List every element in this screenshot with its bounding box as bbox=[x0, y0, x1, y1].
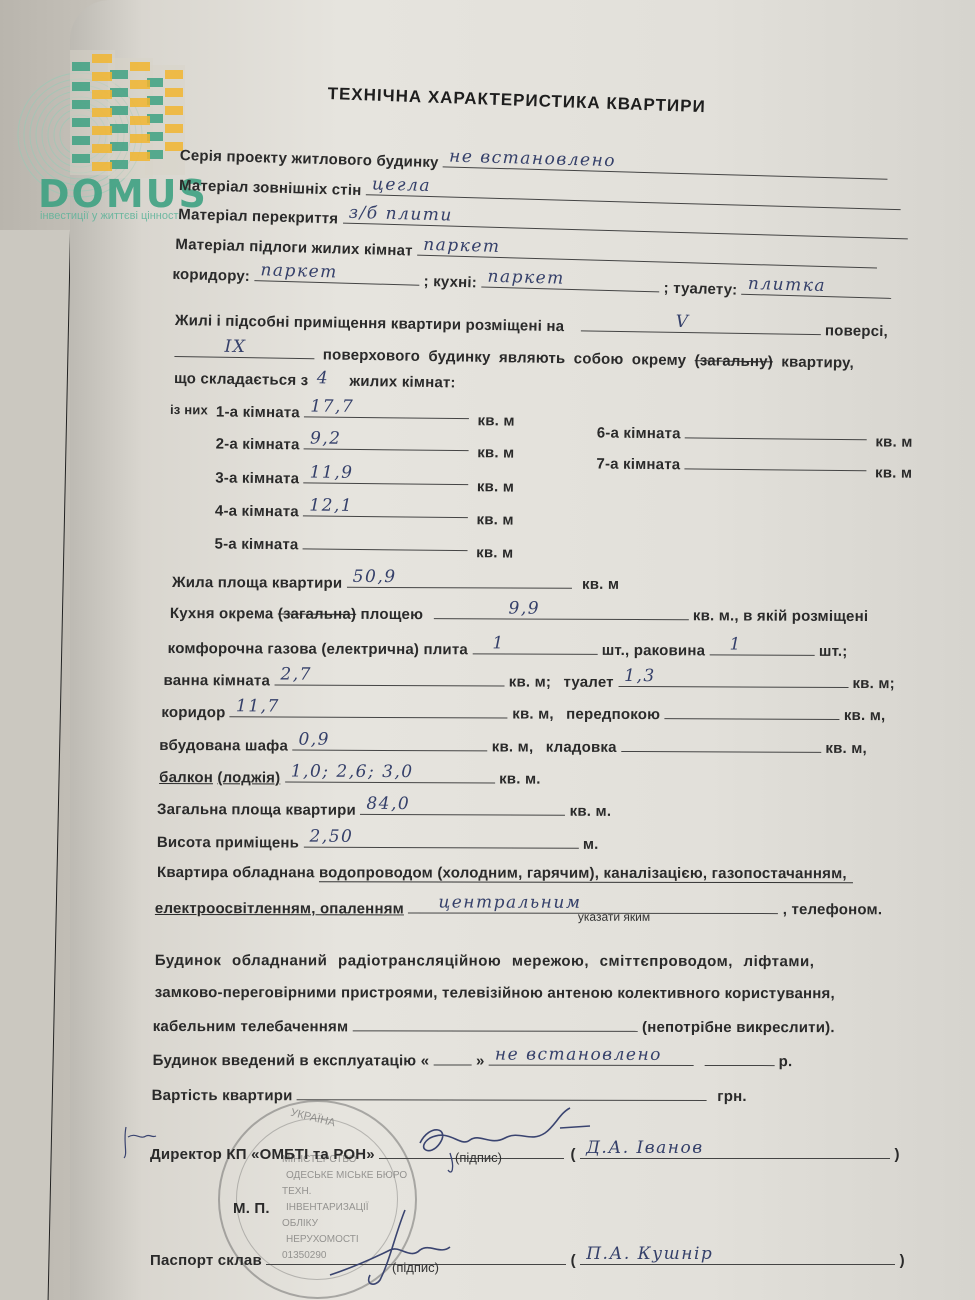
compiled-close-paren: ) bbox=[900, 1252, 905, 1269]
director-signature-icon bbox=[410, 1098, 600, 1178]
heating-prefix: електроосвітленням, опаленням bbox=[155, 900, 404, 917]
form-content: ТЕХНІЧНА ХАРАКТЕРИСТИКА КВАРТИРИ Серія п… bbox=[0, 0, 975, 1300]
compiled-row: Паспорт склав ( П.А. Кушнір ) bbox=[150, 1248, 905, 1269]
equipment-list: водопроводом (холодним, гарячим), каналі… bbox=[319, 864, 853, 883]
building-row-3: кабельним телебаченням (непотрібне викре… bbox=[153, 1014, 835, 1036]
heating-hint: указати яким bbox=[578, 910, 650, 924]
compiled-open-paren: ( bbox=[571, 1252, 576, 1269]
commissioned-day-field[interactable] bbox=[434, 1048, 472, 1065]
stamp-line: ТЕХН. bbox=[282, 1186, 311, 1197]
commissioned-suffix: р. bbox=[779, 1053, 793, 1070]
seal-label: М. П. bbox=[233, 1200, 270, 1217]
cable-tv-field[interactable] bbox=[353, 1014, 638, 1031]
cost-label: Вартість квартири bbox=[152, 1087, 293, 1104]
stamp-line: ОБЛІКУ bbox=[282, 1218, 318, 1229]
equipment-prefix: Квартира обладнана bbox=[157, 864, 315, 881]
compiled-signature-icon bbox=[320, 1205, 460, 1290]
director-close-paren: ) bbox=[894, 1146, 899, 1163]
strike-hint: (непотрібне викреслити). bbox=[642, 1019, 835, 1036]
cable-tv-label: кабельним телебаченням bbox=[153, 1018, 349, 1035]
cost-unit: грн. bbox=[717, 1088, 746, 1105]
compiled-name-field[interactable]: П.А. Кушнір bbox=[580, 1248, 895, 1265]
equipment-row-1: Квартира обладнана водопроводом (холодни… bbox=[157, 864, 853, 882]
stamp-line: ОДЕСЬКЕ МІСЬКЕ БЮРО bbox=[286, 1170, 407, 1181]
heating-value: центральним bbox=[438, 892, 581, 912]
director-name-field[interactable]: Д.А. Іванов bbox=[580, 1142, 890, 1159]
commissioned-row: Будинок введений в експлуатацію « » не в… bbox=[153, 1048, 793, 1070]
building-row-1: Будинок обладнаний радіотрансляційною ме… bbox=[155, 952, 815, 970]
commissioned-quote: » bbox=[476, 1053, 485, 1070]
initials-mark-icon bbox=[118, 1122, 158, 1162]
director-label: Директор КП «ОМБТІ та РОН» bbox=[150, 1146, 375, 1163]
compiled-label: Паспорт склав bbox=[150, 1252, 262, 1269]
compiled-name: П.А. Кушнір bbox=[586, 1244, 713, 1264]
heating-suffix: , телефоном. bbox=[783, 901, 883, 918]
commissioned-date-field[interactable]: не встановлено bbox=[489, 1049, 694, 1066]
building-row-2: замково-переговірними пристроями, телеві… bbox=[155, 984, 835, 1002]
commissioned-label: Будинок введений в експлуатацію « bbox=[153, 1052, 430, 1069]
commissioned-year-field[interactable] bbox=[704, 1049, 774, 1066]
director-name: Д.А. Іванов bbox=[586, 1138, 703, 1158]
commissioned-value: не встановлено bbox=[495, 1045, 662, 1065]
equipment-row-2: електроосвітленням, опаленням центральни… bbox=[155, 896, 882, 918]
